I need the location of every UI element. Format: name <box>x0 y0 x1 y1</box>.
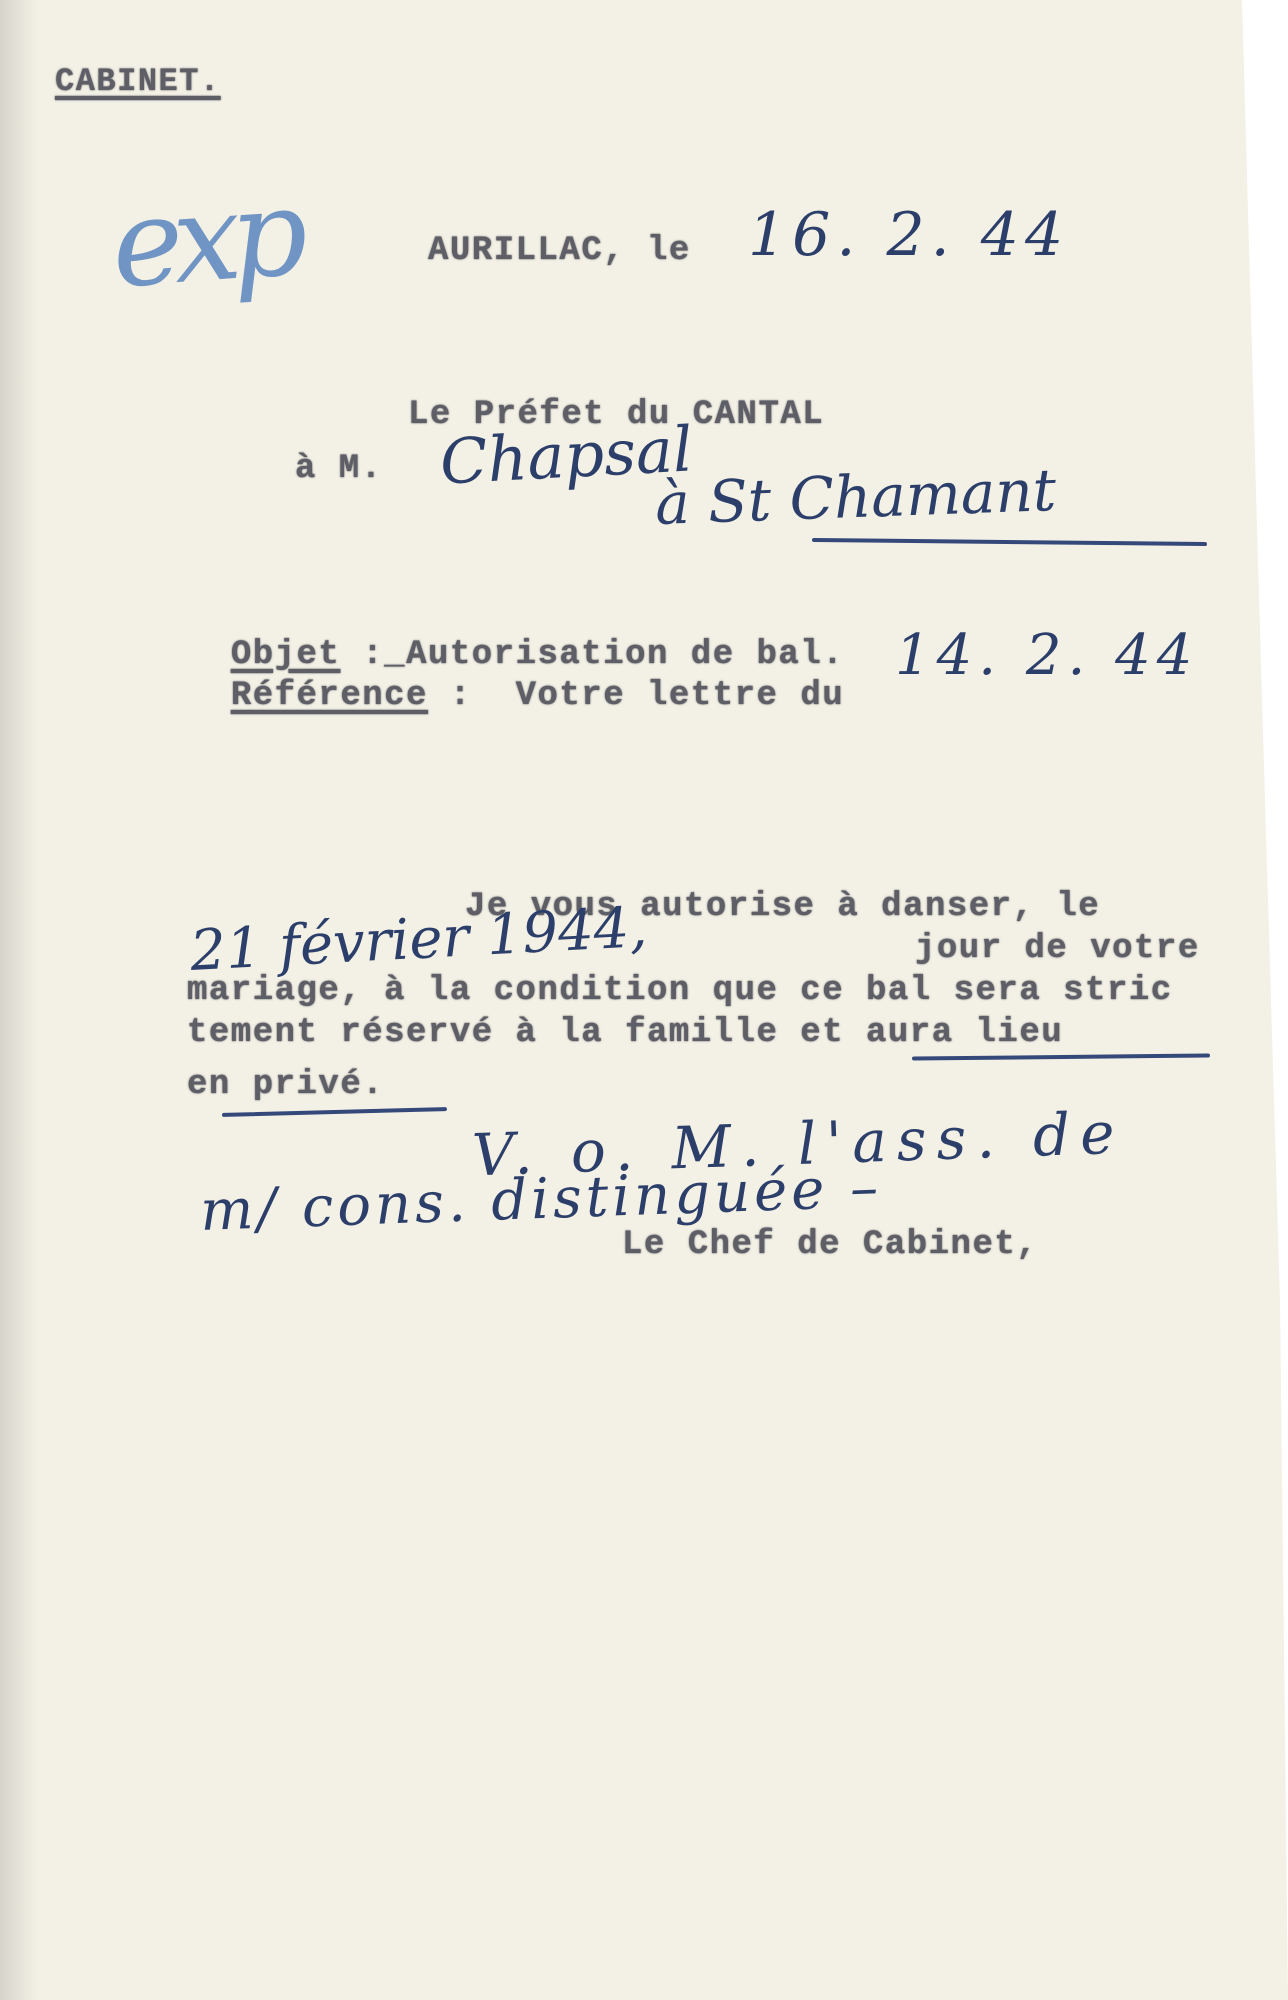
reference-date-handwritten: 14. 2. 44 <box>895 628 1198 684</box>
reference-value: Votre lettre du <box>516 677 845 715</box>
signature-title: Le Chef de Cabinet, <box>622 1228 1038 1262</box>
reference-label: Référence <box>231 677 428 715</box>
recipient-prefix: à M. <box>295 452 383 486</box>
place-date-typed: AURILLAC, le <box>428 234 691 268</box>
recipient-location-handwritten: à St Chamant <box>654 461 1057 533</box>
body-line-3: mariage, à la condition que ce bal sera … <box>187 974 1173 1008</box>
reference-line: Référence : Votre lettre du <box>187 645 844 713</box>
body-line-4: tement réservé à la famille et aura lieu <box>187 1016 1063 1050</box>
letter-date-handwritten: 16. 2. 44 <box>748 205 1069 265</box>
body-line-2: jour de votre <box>915 932 1200 966</box>
pencil-annotation: exp <box>108 174 301 307</box>
department-header: CABINET. <box>55 66 221 98</box>
body-line-5: en privé. <box>187 1068 384 1102</box>
carbon-edge-shadow <box>0 0 40 2000</box>
reference-separator: : <box>428 677 516 715</box>
